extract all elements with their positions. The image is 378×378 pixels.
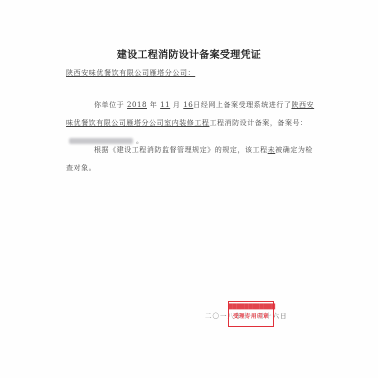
- day-suffix: 日经网上备案受理系统进行了: [193, 101, 291, 109]
- p2-text-before: 根据《建设工程消防监督管理规定》的规定，该工程: [94, 146, 268, 154]
- official-seal: ████████████ 受理专用印章: [228, 301, 274, 327]
- filing-month: 11: [160, 101, 170, 109]
- paragraph-inspection: 根据《建设工程消防监督管理规定》的规定，该工程未被确定为检查对象。: [66, 141, 316, 177]
- month-suffix: 月: [173, 101, 181, 109]
- filing-year: 2018: [127, 101, 147, 109]
- document-page: 建设工程消防设计备案受理凭证 陕西安味优餐饮有限公司雁塔分公司： 你单位于 20…: [0, 0, 378, 378]
- seal-line-2: 受理专用印章: [229, 312, 273, 322]
- after-project: 工程消防设计备案，备案号：: [209, 119, 307, 127]
- document-title: 建设工程消防设计备案受理凭证: [0, 46, 378, 61]
- seal-line-1: ████████████: [229, 303, 273, 312]
- p1-prefix: 你单位于: [94, 101, 124, 109]
- addressee: 陕西安味优餐饮有限公司雁塔分公司：: [66, 68, 195, 78]
- year-suffix: 年: [150, 101, 158, 109]
- filing-day: 16: [183, 101, 193, 109]
